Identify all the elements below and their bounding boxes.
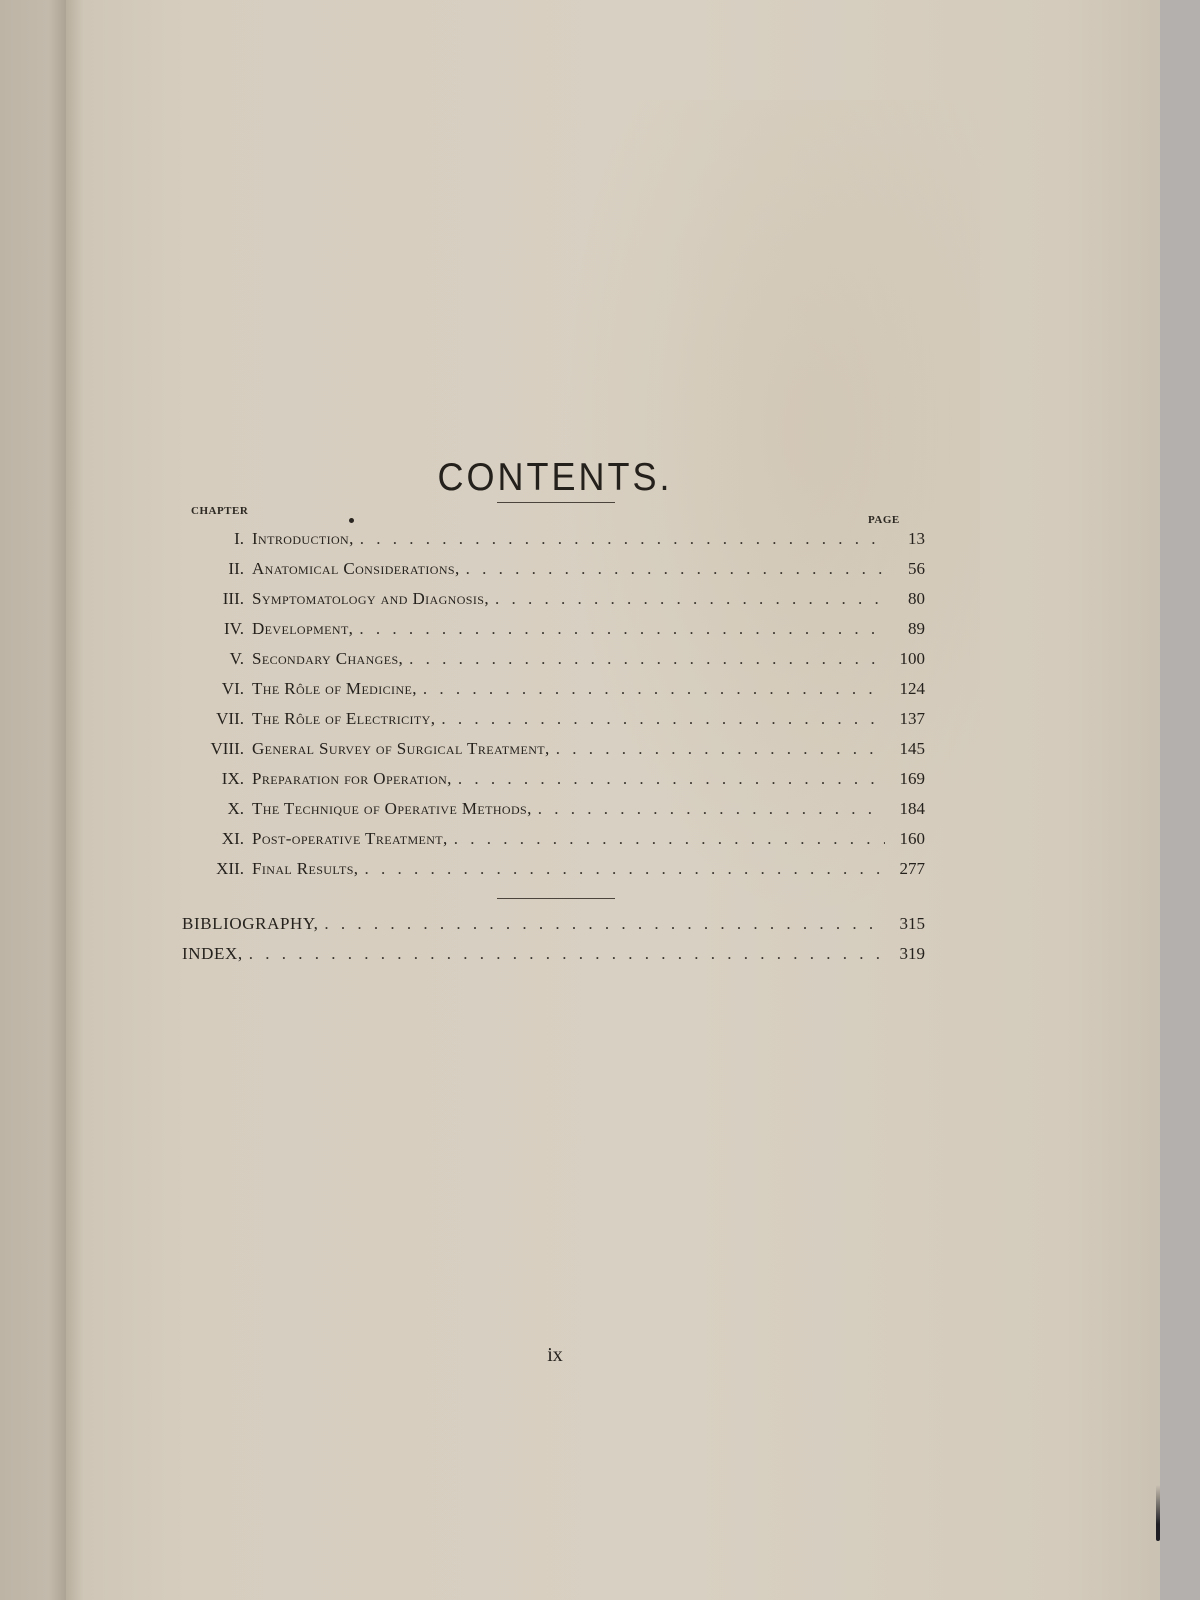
back-matter-list: BIBLIOGRAPHY, 315 INDEX, 319 [182, 909, 925, 969]
dot-leader [495, 584, 885, 614]
chapter-title: Anatomical Considerations, [252, 554, 460, 584]
toc-entry: III. Symptomatology and Diagnosis, 80 [180, 584, 925, 614]
page-folio: ix [0, 1344, 1110, 1367]
page-number: 184 [891, 794, 925, 824]
dot-leader [538, 794, 885, 824]
dot-leader [360, 524, 885, 554]
background-surface [1160, 0, 1200, 1600]
toc-entry: VIII. General Survey of Surgical Treatme… [180, 734, 925, 764]
title-divider [497, 502, 615, 503]
dot-leader [466, 554, 885, 584]
chapter-numeral: IX. [180, 764, 252, 794]
toc-entry: VII. The Rôle of Electricity, 137 [180, 704, 925, 734]
dot-leader [359, 614, 885, 644]
chapter-numeral: II. [180, 554, 252, 584]
page-number: 315 [891, 909, 925, 939]
toc-entry: XI. Post-operative Treatment, 160 [180, 824, 925, 854]
dot-leader [441, 704, 885, 734]
chapter-numeral: IV. [180, 614, 252, 644]
ribbon-bookmark [1156, 1485, 1160, 1541]
chapter-title: The Rôle of Medicine, [252, 674, 417, 704]
ink-speck [349, 518, 354, 523]
page-number: 137 [891, 704, 925, 734]
dot-leader [454, 824, 885, 854]
toc-entry: XII. Final Results, 277 [180, 854, 925, 884]
toc-entry-index: INDEX, 319 [182, 939, 925, 969]
chapter-title: Preparation for Operation, [252, 764, 452, 794]
toc-entry: V. Secondary Changes, 100 [180, 644, 925, 674]
chapter-column-label: CHAPTER [191, 505, 248, 517]
page-number: 13 [891, 524, 925, 554]
entry-title: BIBLIOGRAPHY, [182, 909, 318, 939]
toc-entry: VI. The Rôle of Medicine, 124 [180, 674, 925, 704]
chapter-title: Development, [252, 614, 353, 644]
chapter-title: Introduction, [252, 524, 354, 554]
chapter-title: General Survey of Surgical Treatment, [252, 734, 550, 764]
chapter-numeral: I. [180, 524, 252, 554]
page-number: 100 [891, 644, 925, 674]
entry-title: INDEX, [182, 939, 243, 969]
section-divider [497, 898, 615, 899]
page-number: 277 [891, 854, 925, 884]
chapter-title: Symptomatology and Diagnosis, [252, 584, 489, 614]
chapter-list: I. Introduction, 13 II. Anatomical Consi… [180, 524, 925, 884]
toc-entry: IX. Preparation for Operation, 169 [180, 764, 925, 794]
toc-entry: II. Anatomical Considerations, 56 [180, 554, 925, 584]
chapter-title: Secondary Changes, [252, 644, 403, 674]
dot-leader [423, 674, 885, 704]
dot-leader [409, 644, 885, 674]
page-title: CONTENTS. [0, 454, 1110, 499]
toc-entry: X. The Technique of Operative Methods, 1… [180, 794, 925, 824]
dot-leader [556, 734, 885, 764]
page-number: 160 [891, 824, 925, 854]
page-number: 169 [891, 764, 925, 794]
chapter-numeral: X. [180, 794, 252, 824]
chapter-title: The Technique of Operative Methods, [252, 794, 532, 824]
page-number: 124 [891, 674, 925, 704]
dot-leader [324, 909, 885, 939]
page-number: 80 [891, 584, 925, 614]
chapter-title: The Rôle of Electricity, [252, 704, 435, 734]
toc-entry: I. Introduction, 13 [180, 524, 925, 554]
dot-leader [364, 854, 885, 884]
toc-entry: IV. Development, 89 [180, 614, 925, 644]
page-number: 56 [891, 554, 925, 584]
toc-entry-bibliography: BIBLIOGRAPHY, 315 [182, 909, 925, 939]
page-number: 145 [891, 734, 925, 764]
chapter-numeral: VII. [180, 704, 252, 734]
chapter-numeral: XII. [180, 854, 252, 884]
chapter-title: Final Results, [252, 854, 358, 884]
chapter-numeral: V. [180, 644, 252, 674]
dot-leader [458, 764, 885, 794]
chapter-numeral: VI. [180, 674, 252, 704]
chapter-title: Post-operative Treatment, [252, 824, 448, 854]
page-number: 89 [891, 614, 925, 644]
chapter-numeral: XI. [180, 824, 252, 854]
chapter-numeral: III. [180, 584, 252, 614]
page-number: 319 [891, 939, 925, 969]
chapter-numeral: VIII. [180, 734, 252, 764]
dot-leader [249, 939, 885, 969]
